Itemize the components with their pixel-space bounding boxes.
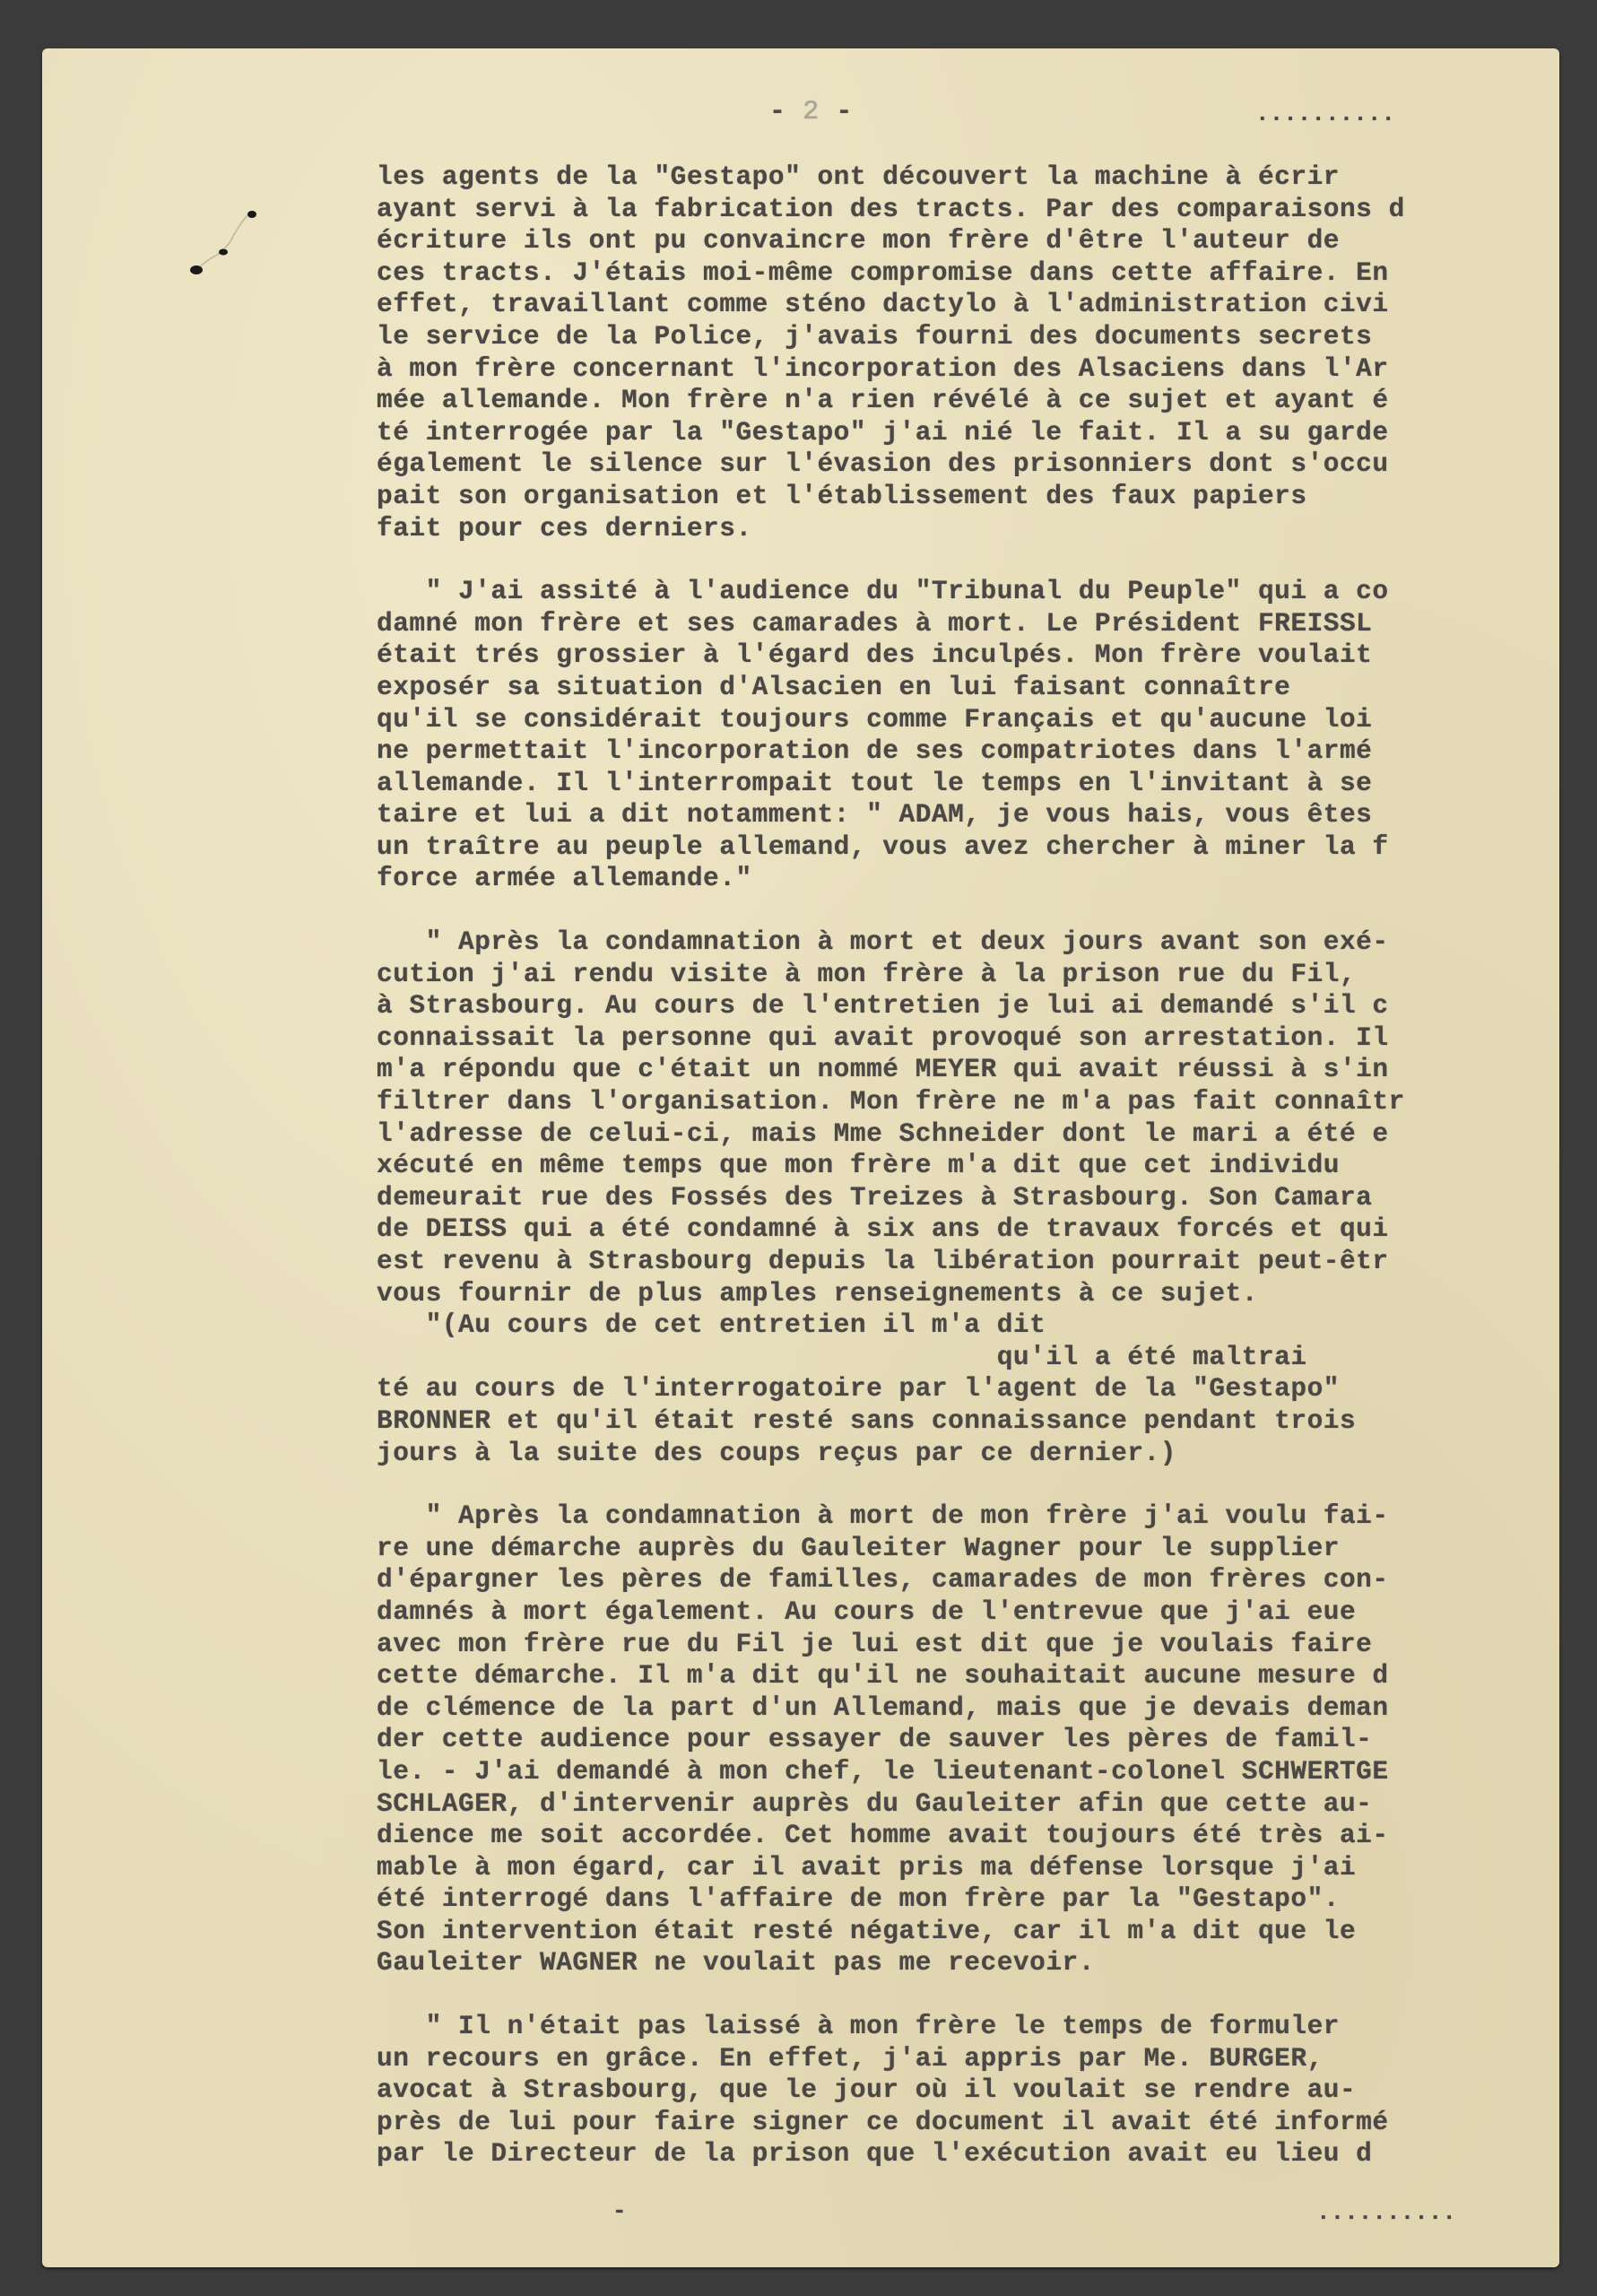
text-line: der cette audience pour essayer de sauve… xyxy=(377,1724,1405,1756)
page-marker-left: - xyxy=(769,97,803,127)
text-line: effet, travaillant comme sténo dactylo à… xyxy=(377,289,1405,321)
text-line: "(Au cours de cet entretien il m'a dit xyxy=(377,1309,1405,1342)
paragraph: " Après la condamnation à mort et deux j… xyxy=(377,926,1405,1309)
text-line: avec mon frère rue du Fil je lui est dit… xyxy=(377,1629,1405,1661)
page-number: - 2 - xyxy=(769,97,853,127)
text-line: l'adresse de celui-ci, mais Mme Schneide… xyxy=(377,1118,1405,1151)
text-line: cette démarche. Il m'a dit qu'il ne souh… xyxy=(377,1660,1405,1692)
text-line: fait pour ces derniers. xyxy=(377,513,1405,545)
paragraph-gap xyxy=(377,1979,1405,2011)
text-line: qu'il se considérait toujours comme Fran… xyxy=(377,704,1405,736)
text-line: ayant servi à la fabrication des tracts.… xyxy=(377,194,1405,226)
paragraph: " Après la condamnation à mort de mon fr… xyxy=(377,1500,1405,1979)
text-line: était trés grossier à l'égard des inculp… xyxy=(377,639,1405,672)
text-line: force armée allemande." xyxy=(377,863,1405,895)
text-line: d'épargner les pères de familles, camara… xyxy=(377,1564,1405,1596)
text-line: près de lui pour faire signer ce documen… xyxy=(377,2107,1405,2139)
paragraph: " J'ai assité à l'audience du "Tribunal … xyxy=(377,576,1405,895)
text-line: té interrogée par la "Gestapo" j'ai nié … xyxy=(377,417,1405,449)
text-line: qu'il a été maltrai xyxy=(377,1342,1405,1374)
text-line: jours à la suite des coups reçus par ce … xyxy=(377,1438,1405,1470)
paragraph: les agents de la "Gestapo" ont découvert… xyxy=(377,161,1405,544)
footer-continuation-dots: .......... xyxy=(1316,2199,1456,2226)
text-line: été interrogé dans l'affaire de mon frèr… xyxy=(377,1883,1405,1916)
paragraph: " Il n'était pas laissé à mon frère le t… xyxy=(377,2011,1405,2170)
text-line: " Après la condamnation à mort et deux j… xyxy=(377,926,1405,959)
page-marker-right: - xyxy=(820,97,853,127)
footer-dash: - xyxy=(612,2197,627,2224)
text-line: demeurait rue des Fossés des Treizes à S… xyxy=(377,1182,1405,1214)
text-line: un traître au peuple allemand, vous avez… xyxy=(377,831,1405,864)
paragraph-gap xyxy=(377,895,1405,926)
text-line: ces tracts. J'étais moi-même compromise … xyxy=(377,257,1405,290)
text-line: allemande. Il l'interrompait tout le tem… xyxy=(377,768,1405,800)
text-line: taire et lui a dit notamment: " ADAM, je… xyxy=(377,799,1405,831)
text-line: té au cours de l'interrogatoire par l'ag… xyxy=(377,1373,1405,1405)
text-line: ne permettait l'incorporation de ses com… xyxy=(377,735,1405,768)
text-line: cution j'ai rendu visite à mon frère à l… xyxy=(377,959,1405,991)
text-line: xécuté en même temps que mon frère m'a d… xyxy=(377,1150,1405,1182)
text-line: mée allemande. Mon frère n'a rien révélé… xyxy=(377,385,1405,417)
text-line: " Après la condamnation à mort de mon fr… xyxy=(377,1500,1405,1533)
text-line: également le silence sur l'évasion des p… xyxy=(377,448,1405,481)
text-line: écriture ils ont pu convaincre mon frère… xyxy=(377,225,1405,257)
text-line: les agents de la "Gestapo" ont découvert… xyxy=(377,161,1405,194)
text-line: Son intervention était resté négative, c… xyxy=(377,1916,1405,1948)
paper-tear-mark xyxy=(177,205,257,277)
text-line: de clémence de la part d'un Allemand, ma… xyxy=(377,1692,1405,1725)
text-line: le service de la Police, j'avais fourni … xyxy=(377,321,1405,353)
text-line: dience me soit accordée. Cet homme avait… xyxy=(377,1820,1405,1852)
text-line: est revenu à Strasbourg depuis la libéra… xyxy=(377,1246,1405,1278)
page-number-value: 2 xyxy=(803,97,820,127)
text-line: damné mon frère et ses camarades à mort.… xyxy=(377,608,1405,640)
text-line: m'a répondu que c'était un nommé MEYER q… xyxy=(377,1054,1405,1086)
paragraph-gap xyxy=(377,1469,1405,1500)
text-line: par le Directeur de la prison que l'exéc… xyxy=(377,2138,1405,2170)
text-line: " J'ai assité à l'audience du "Tribunal … xyxy=(377,576,1405,608)
paragraph-gap xyxy=(377,544,1405,576)
text-line: un recours en grâce. En effet, j'ai appr… xyxy=(377,2043,1405,2075)
text-line: damnés à mort également. Au cours de l'e… xyxy=(377,1596,1405,1629)
header-continuation-dots: .......... xyxy=(1255,100,1395,127)
text-line: SCHLAGER, d'intervenir auprès du Gauleit… xyxy=(377,1788,1405,1821)
text-line: re une démarche auprès du Gauleiter Wagn… xyxy=(377,1533,1405,1565)
text-line: BRONNER et qu'il était resté sans connai… xyxy=(377,1405,1405,1438)
text-line: le. - J'ai demandé à mon chef, le lieute… xyxy=(377,1756,1405,1788)
text-line: Gauleiter WAGNER ne voulait pas me recev… xyxy=(377,1947,1405,1979)
text-line: " Il n'était pas laissé à mon frère le t… xyxy=(377,2011,1405,2043)
text-line: à Strasbourg. Au cours de l'entretien je… xyxy=(377,990,1405,1022)
text-line: avocat à Strasbourg, que le jour où il v… xyxy=(377,2074,1405,2107)
text-line: à mon frère concernant l'incorporation d… xyxy=(377,353,1405,386)
document-body: les agents de la "Gestapo" ont découvert… xyxy=(377,161,1405,2170)
paragraph-annotation: "(Au cours de cet entretien il m'a dit q… xyxy=(377,1309,1405,1469)
text-line: mable à mon égard, car il avait pris ma … xyxy=(377,1852,1405,1884)
text-line: connaissait la personne qui avait provoq… xyxy=(377,1022,1405,1055)
text-line: pait son organisation et l'établissement… xyxy=(377,481,1405,513)
text-line: de DEISS qui a été condamné à six ans de… xyxy=(377,1213,1405,1246)
text-line: exposér sa situation d'Alsacien en lui f… xyxy=(377,672,1405,704)
text-line: filtrer dans l'organisation. Mon frère n… xyxy=(377,1086,1405,1118)
text-line: vous fournir de plus amples renseignemen… xyxy=(377,1278,1405,1310)
